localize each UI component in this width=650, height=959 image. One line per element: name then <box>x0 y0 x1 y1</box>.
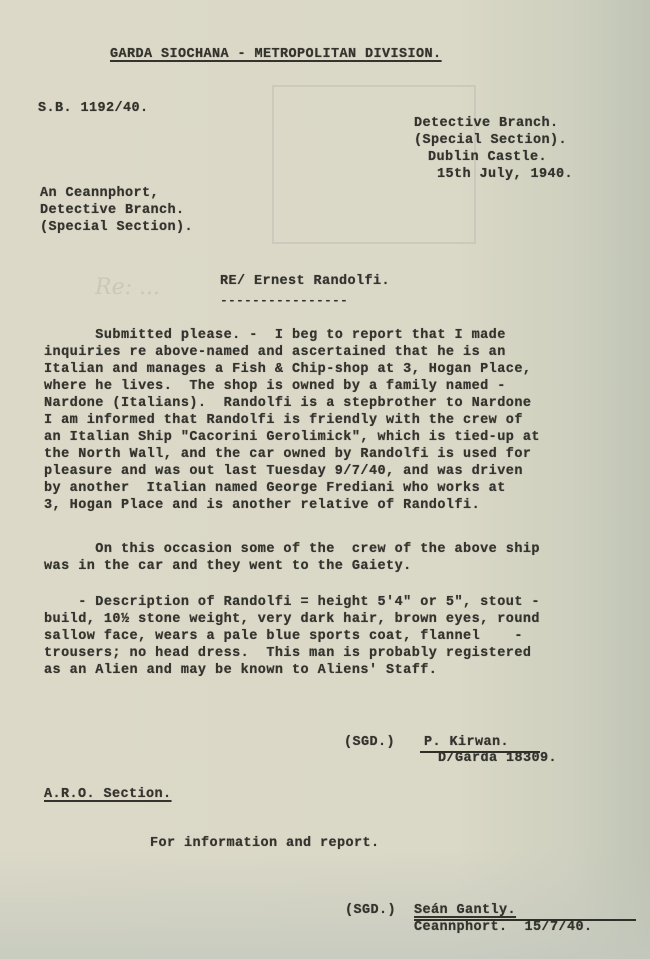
reference-number: S.B. 1192/40. <box>38 101 149 116</box>
recipient-line-1: An Ceannphort, <box>40 186 159 201</box>
instruction-line: For information and report. <box>150 836 380 851</box>
recipient-line-2: Detective Branch. <box>40 203 185 218</box>
signatory-rank-date: Ceannphort. 15/7/40. <box>414 920 593 935</box>
text-line: I am informed that Randolfi is friendly … <box>44 413 523 428</box>
signatory-name: P. Kirwan. <box>424 735 509 750</box>
sender-line-2: (Special Section). <box>414 133 567 148</box>
text-line: as an Alien and may be known to Aliens' … <box>44 663 437 678</box>
signed-prefix: (SGD.) <box>344 735 395 750</box>
text-line: On this occasion some of the crew of the… <box>44 542 540 557</box>
sender-line-3: Dublin Castle. <box>428 150 547 165</box>
faded-handwriting: Re: ... <box>95 275 160 300</box>
signatory-name: Seán Gantly. <box>414 903 516 918</box>
document-page: Re: ... GARDA SIOCHANA - METROPOLITAN DI… <box>0 0 650 959</box>
text-line: build, 10½ stone weight, very dark hair,… <box>44 612 540 627</box>
text-line: inquiries re above-named and ascertained… <box>44 345 506 360</box>
document-heading: GARDA SIOCHANA - METROPOLITAN DIVISION. <box>110 47 442 62</box>
text-line: the North Wall, and the car owned by Ran… <box>44 447 531 462</box>
text-line: trousers; no head dress. This man is pro… <box>44 646 531 661</box>
text-line: Submitted please. - I beg to report that… <box>44 328 506 343</box>
sender-line-1: Detective Branch. <box>414 116 559 131</box>
text-line: pleasure and was out last Tuesday 9/7/40… <box>44 464 523 479</box>
subject-rule: ---------------- <box>220 293 348 308</box>
text-line: 3, Hogan Place and is another relative o… <box>44 498 480 513</box>
text-line: was in the car and they went to the Gaie… <box>44 559 412 574</box>
text-line: Italian and manages a Fish & Chip-shop a… <box>44 362 531 377</box>
sender-date: 15th July, 1940. <box>437 167 573 182</box>
text-line: where he lives. The shop is owned by a f… <box>44 379 506 394</box>
text-line: sallow face, wears a pale blue sports co… <box>44 629 523 644</box>
recipient-line-3: (Special Section). <box>40 220 193 235</box>
signatory-rank: D/Garda 18309. <box>438 751 557 766</box>
subject-line: RE/ Ernest Randolfi. <box>220 274 390 289</box>
text-line: an Italian Ship "Cacorini Gerolimick", w… <box>44 430 540 445</box>
text-line: by another Italian named George Frediani… <box>44 481 506 496</box>
text-line: Nardone (Italians). Randolfi is a stepbr… <box>44 396 531 411</box>
signed-prefix: (SGD.) <box>345 903 396 918</box>
text-line: - Description of Randolfi = height 5'4" … <box>44 595 540 610</box>
section-heading: A.R.O. Section. <box>44 787 172 802</box>
